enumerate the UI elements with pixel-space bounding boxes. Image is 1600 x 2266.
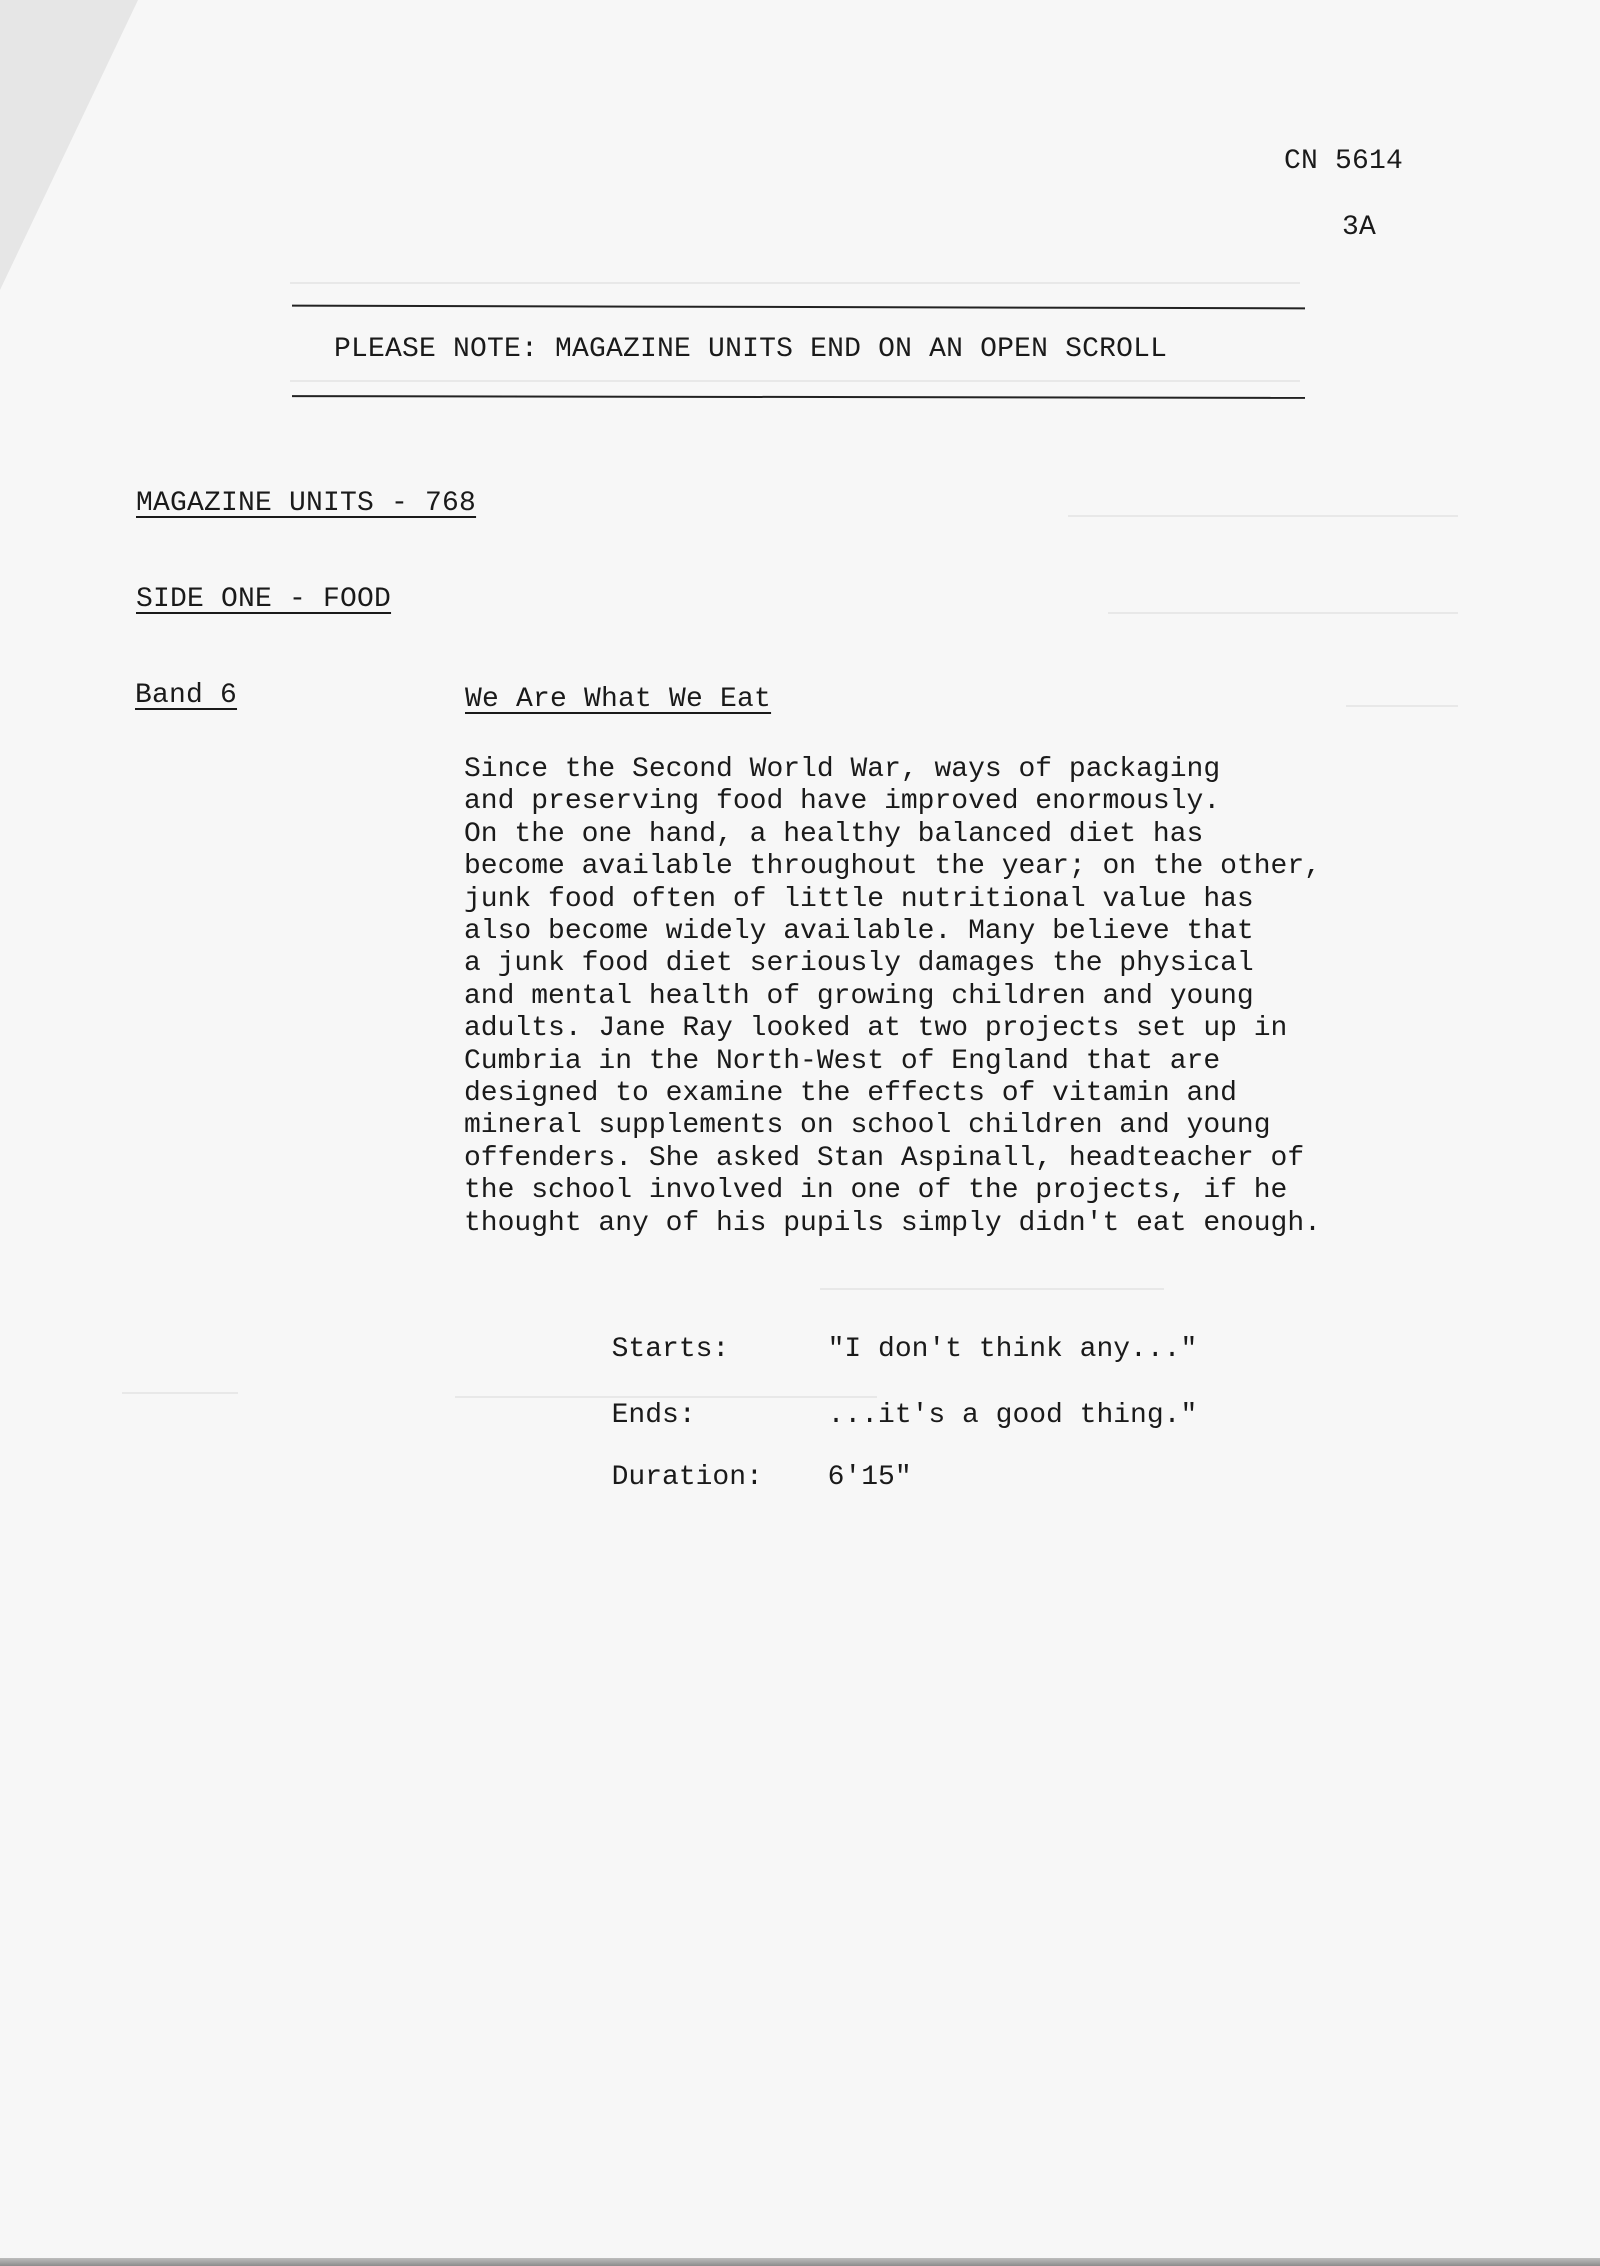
description-line: the school involved in one of the projec… (464, 1175, 1474, 1207)
band-title: We Are What We Eat (465, 684, 771, 716)
paper-bottom-edge (0, 2258, 1600, 2266)
description-line: adults. Jane Ray looked at two projects … (464, 1013, 1474, 1045)
duration-cue: Duration:6'15" (578, 1430, 912, 1494)
page-code: 3A (1342, 212, 1376, 244)
starts-value: "I don't think any..." (828, 1334, 1198, 1365)
description-line: and preserving food have improved enormo… (464, 786, 1474, 818)
band-description: Since the Second World War, ways of pack… (464, 754, 1474, 1240)
description-line: mineral supplements on school children a… (464, 1110, 1474, 1142)
ends-label: Ends: (612, 1400, 828, 1432)
ends-value: ...it's a good thing." (828, 1400, 1198, 1431)
description-line: Since the Second World War, ways of pack… (464, 754, 1474, 786)
starts-label: Starts: (612, 1334, 828, 1366)
description-line: and mental health of growing children an… (464, 981, 1474, 1013)
duration-label: Duration: (612, 1462, 828, 1494)
catalogue-number: CN 5614 (1284, 146, 1403, 178)
description-line: thought any of his pupils simply didn't … (464, 1208, 1474, 1240)
description-line: On the one hand, a healthy balanced diet… (464, 819, 1474, 851)
band-label: Band 6 (135, 680, 237, 712)
notice-text: PLEASE NOTE: MAGAZINE UNITS END ON AN OP… (334, 334, 1167, 366)
description-line: Cumbria in the North-West of England tha… (464, 1046, 1474, 1078)
magazine-units-heading: MAGAZINE UNITS - 768 (136, 488, 476, 520)
duration-value: 6'15" (828, 1462, 912, 1493)
description-line: become available throughout the year; on… (464, 851, 1474, 883)
starts-cue: Starts:"I don't think any..." (578, 1302, 1197, 1366)
description-line: also become widely available. Many belie… (464, 916, 1474, 948)
side-heading: SIDE ONE - FOOD (136, 584, 391, 616)
description-line: designed to examine the effects of vitam… (464, 1078, 1474, 1110)
description-line: offenders. She asked Stan Aspinall, head… (464, 1143, 1474, 1175)
ends-cue: Ends:...it's a good thing." (578, 1368, 1197, 1432)
description-line: junk food often of little nutritional va… (464, 884, 1474, 916)
description-line: a junk food diet seriously damages the p… (464, 948, 1474, 980)
